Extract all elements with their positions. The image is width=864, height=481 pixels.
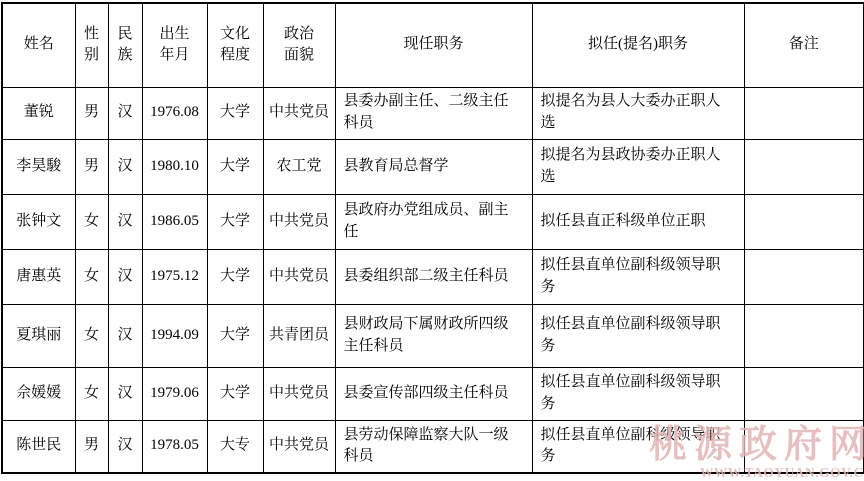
cell-gender: 女 (75, 194, 108, 249)
cell-remarks (744, 139, 864, 194)
table-row: 唐惠英女汉1975.12大学中共党员县委组织部二级主任科员拟任县直单位副科级领导… (2, 249, 864, 304)
cell-proposed-position: 拟任县直单位副科级领导职务 (532, 420, 744, 473)
cell-birth-date: 1978.05 (142, 420, 207, 473)
cell-ethnicity: 汉 (108, 87, 142, 139)
cell-proposed-position: 拟提名为县人大委办正职人选 (532, 87, 744, 139)
cell-ethnicity: 汉 (108, 420, 142, 473)
cell-remarks (744, 249, 864, 304)
table-row: 陈世民男汉1978.05大专中共党员县劳动保障监察大队一级科员拟任县直单位副科级… (2, 420, 864, 473)
cell-political-status: 中共党员 (263, 87, 335, 139)
cell-birth-date: 1975.12 (142, 249, 207, 304)
cell-political-status: 中共党员 (263, 420, 335, 473)
cell-gender: 女 (75, 367, 108, 420)
cell-current-position: 县委组织部二级主任科员 (335, 249, 532, 304)
cell-name: 夏琪丽 (2, 304, 75, 367)
cell-current-position: 县政府办党组成员、副主任 (335, 194, 532, 249)
cell-name: 唐惠英 (2, 249, 75, 304)
cell-education: 大学 (207, 87, 263, 139)
cell-political-status: 中共党员 (263, 367, 335, 420)
cell-ethnicity: 汉 (108, 139, 142, 194)
cell-education: 大学 (207, 194, 263, 249)
header-education: 文化 程度 (207, 3, 263, 87)
cell-birth-date: 1994.09 (142, 304, 207, 367)
header-remarks: 备注 (744, 3, 864, 87)
cell-gender: 男 (75, 87, 108, 139)
header-birth-date: 出生 年月 (142, 3, 207, 87)
cell-education: 大学 (207, 304, 263, 367)
header-gender: 性 别 (75, 3, 108, 87)
cell-current-position: 县委宣传部四级主任科员 (335, 367, 532, 420)
cell-current-position: 县委办副主任、二级主任科员 (335, 87, 532, 139)
cell-birth-date: 1980.10 (142, 139, 207, 194)
cell-current-position: 县劳动保障监察大队一级科员 (335, 420, 532, 473)
cell-current-position: 县财政局下属财政所四级主任科员 (335, 304, 532, 367)
cell-proposed-position: 拟提名为县政协委办正职人选 (532, 139, 744, 194)
cell-remarks (744, 194, 864, 249)
cell-gender: 女 (75, 249, 108, 304)
table-header: 姓名 性 别 民 族 出生 年月 文化 程度 政治 面貌 现任职务 拟任(提名)… (2, 3, 864, 87)
cell-name: 陈世民 (2, 420, 75, 473)
header-row: 姓名 性 别 民 族 出生 年月 文化 程度 政治 面貌 现任职务 拟任(提名)… (2, 3, 864, 87)
cell-ethnicity: 汉 (108, 194, 142, 249)
cell-education: 大学 (207, 249, 263, 304)
cell-education: 大学 (207, 139, 263, 194)
header-name: 姓名 (2, 3, 75, 87)
cell-remarks (744, 367, 864, 420)
table-body: 董锐男汉1976.08大学中共党员县委办副主任、二级主任科员拟提名为县人大委办正… (2, 87, 864, 473)
cell-proposed-position: 拟任县直正科级单位正职 (532, 194, 744, 249)
personnel-table: 姓名 性 别 民 族 出生 年月 文化 程度 政治 面貌 现任职务 拟任(提名)… (1, 2, 864, 474)
cell-birth-date: 1976.08 (142, 87, 207, 139)
header-proposed-position: 拟任(提名)职务 (532, 3, 744, 87)
cell-education: 大学 (207, 367, 263, 420)
cell-gender: 男 (75, 420, 108, 473)
cell-name: 董锐 (2, 87, 75, 139)
cell-political-status: 共青团员 (263, 304, 335, 367)
cell-political-status: 农工党 (263, 139, 335, 194)
table-row: 夏琪丽女汉1994.09大学共青团员县财政局下属财政所四级主任科员拟任县直单位副… (2, 304, 864, 367)
cell-political-status: 中共党员 (263, 249, 335, 304)
cell-proposed-position: 拟任县直单位副科级领导职务 (532, 249, 744, 304)
table-row: 董锐男汉1976.08大学中共党员县委办副主任、二级主任科员拟提名为县人大委办正… (2, 87, 864, 139)
cell-remarks (744, 87, 864, 139)
cell-political-status: 中共党员 (263, 194, 335, 249)
cell-proposed-position: 拟任县直单位副科级领导职务 (532, 304, 744, 367)
cell-education: 大专 (207, 420, 263, 473)
cell-ethnicity: 汉 (108, 367, 142, 420)
table-row: 李昊駿男汉1980.10大学农工党县教育局总督学拟提名为县政协委办正职人选 (2, 139, 864, 194)
page: 姓名 性 别 民 族 出生 年月 文化 程度 政治 面貌 现任职务 拟任(提名)… (0, 0, 864, 481)
header-current-position: 现任职务 (335, 3, 532, 87)
table-row: 张钟文女汉1986.05大学中共党员县政府办党组成员、副主任拟任县直正科级单位正… (2, 194, 864, 249)
cell-name: 张钟文 (2, 194, 75, 249)
cell-gender: 女 (75, 304, 108, 367)
cell-name: 李昊駿 (2, 139, 75, 194)
cell-ethnicity: 汉 (108, 304, 142, 367)
table-row: 佘媛媛女汉1979.06大学中共党员县委宣传部四级主任科员拟任县直单位副科级领导… (2, 367, 864, 420)
header-ethnicity: 民 族 (108, 3, 142, 87)
cell-remarks (744, 304, 864, 367)
cell-current-position: 县教育局总督学 (335, 139, 532, 194)
cell-proposed-position: 拟任县直单位副科级领导职务 (532, 367, 744, 420)
cell-ethnicity: 汉 (108, 249, 142, 304)
cell-name: 佘媛媛 (2, 367, 75, 420)
cell-remarks (744, 420, 864, 473)
header-political-status: 政治 面貌 (263, 3, 335, 87)
cell-gender: 男 (75, 139, 108, 194)
cell-birth-date: 1986.05 (142, 194, 207, 249)
cell-birth-date: 1979.06 (142, 367, 207, 420)
